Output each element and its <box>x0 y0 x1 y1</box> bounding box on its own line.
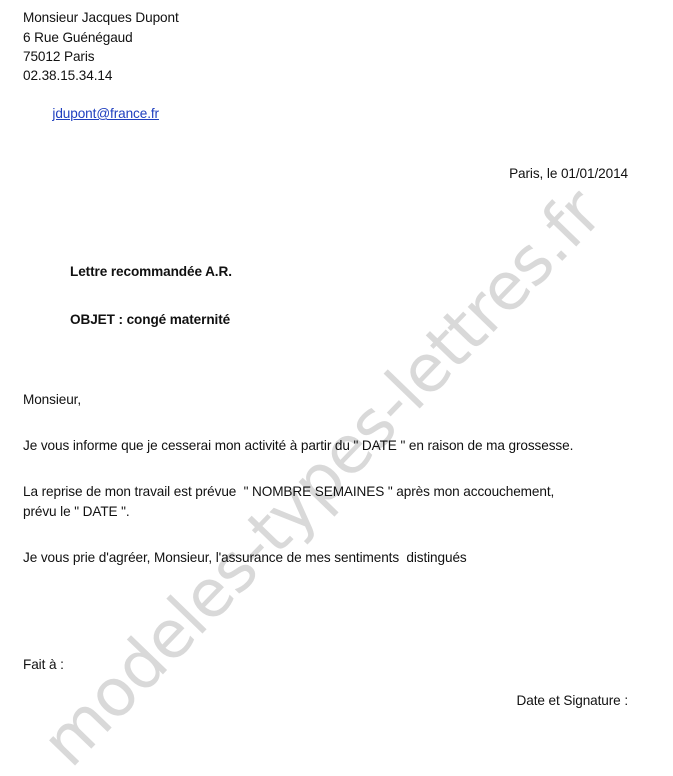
sender-street: 6 Rue Guénégaud <box>23 29 133 47</box>
sender-name: Monsieur Jacques Dupont <box>23 9 179 27</box>
sender-email-link[interactable]: jdupont@france.fr <box>52 106 159 121</box>
done-at-label: Fait à : <box>23 656 64 674</box>
paragraph-closing-formula: Je vous prie d'agréer, Monsieur, l'assur… <box>23 549 467 567</box>
date-signature-label: Date et Signature : <box>517 692 628 710</box>
salutation: Monsieur, <box>23 391 81 409</box>
subject-line: OBJET : congé maternité <box>70 311 230 329</box>
sender-city: 75012 Paris <box>23 48 94 66</box>
paragraph-leave-start: Je vous informe que je cesserai mon acti… <box>23 437 573 455</box>
sender-phone: 02.38.15.34.14 <box>23 67 112 85</box>
paragraph-return-line-2: prévu le " DATE ". <box>23 503 130 521</box>
mail-type: Lettre recommandée A.R. <box>70 263 232 281</box>
place-date: Paris, le 01/01/2014 <box>509 165 628 183</box>
letter-page: modeles-types-lettres.fr Monsieur Jacque… <box>0 0 673 776</box>
sender-email-line: jdupont@france.fr <box>23 87 159 141</box>
paragraph-return-line-1: La reprise de mon travail est prévue " N… <box>23 483 554 501</box>
